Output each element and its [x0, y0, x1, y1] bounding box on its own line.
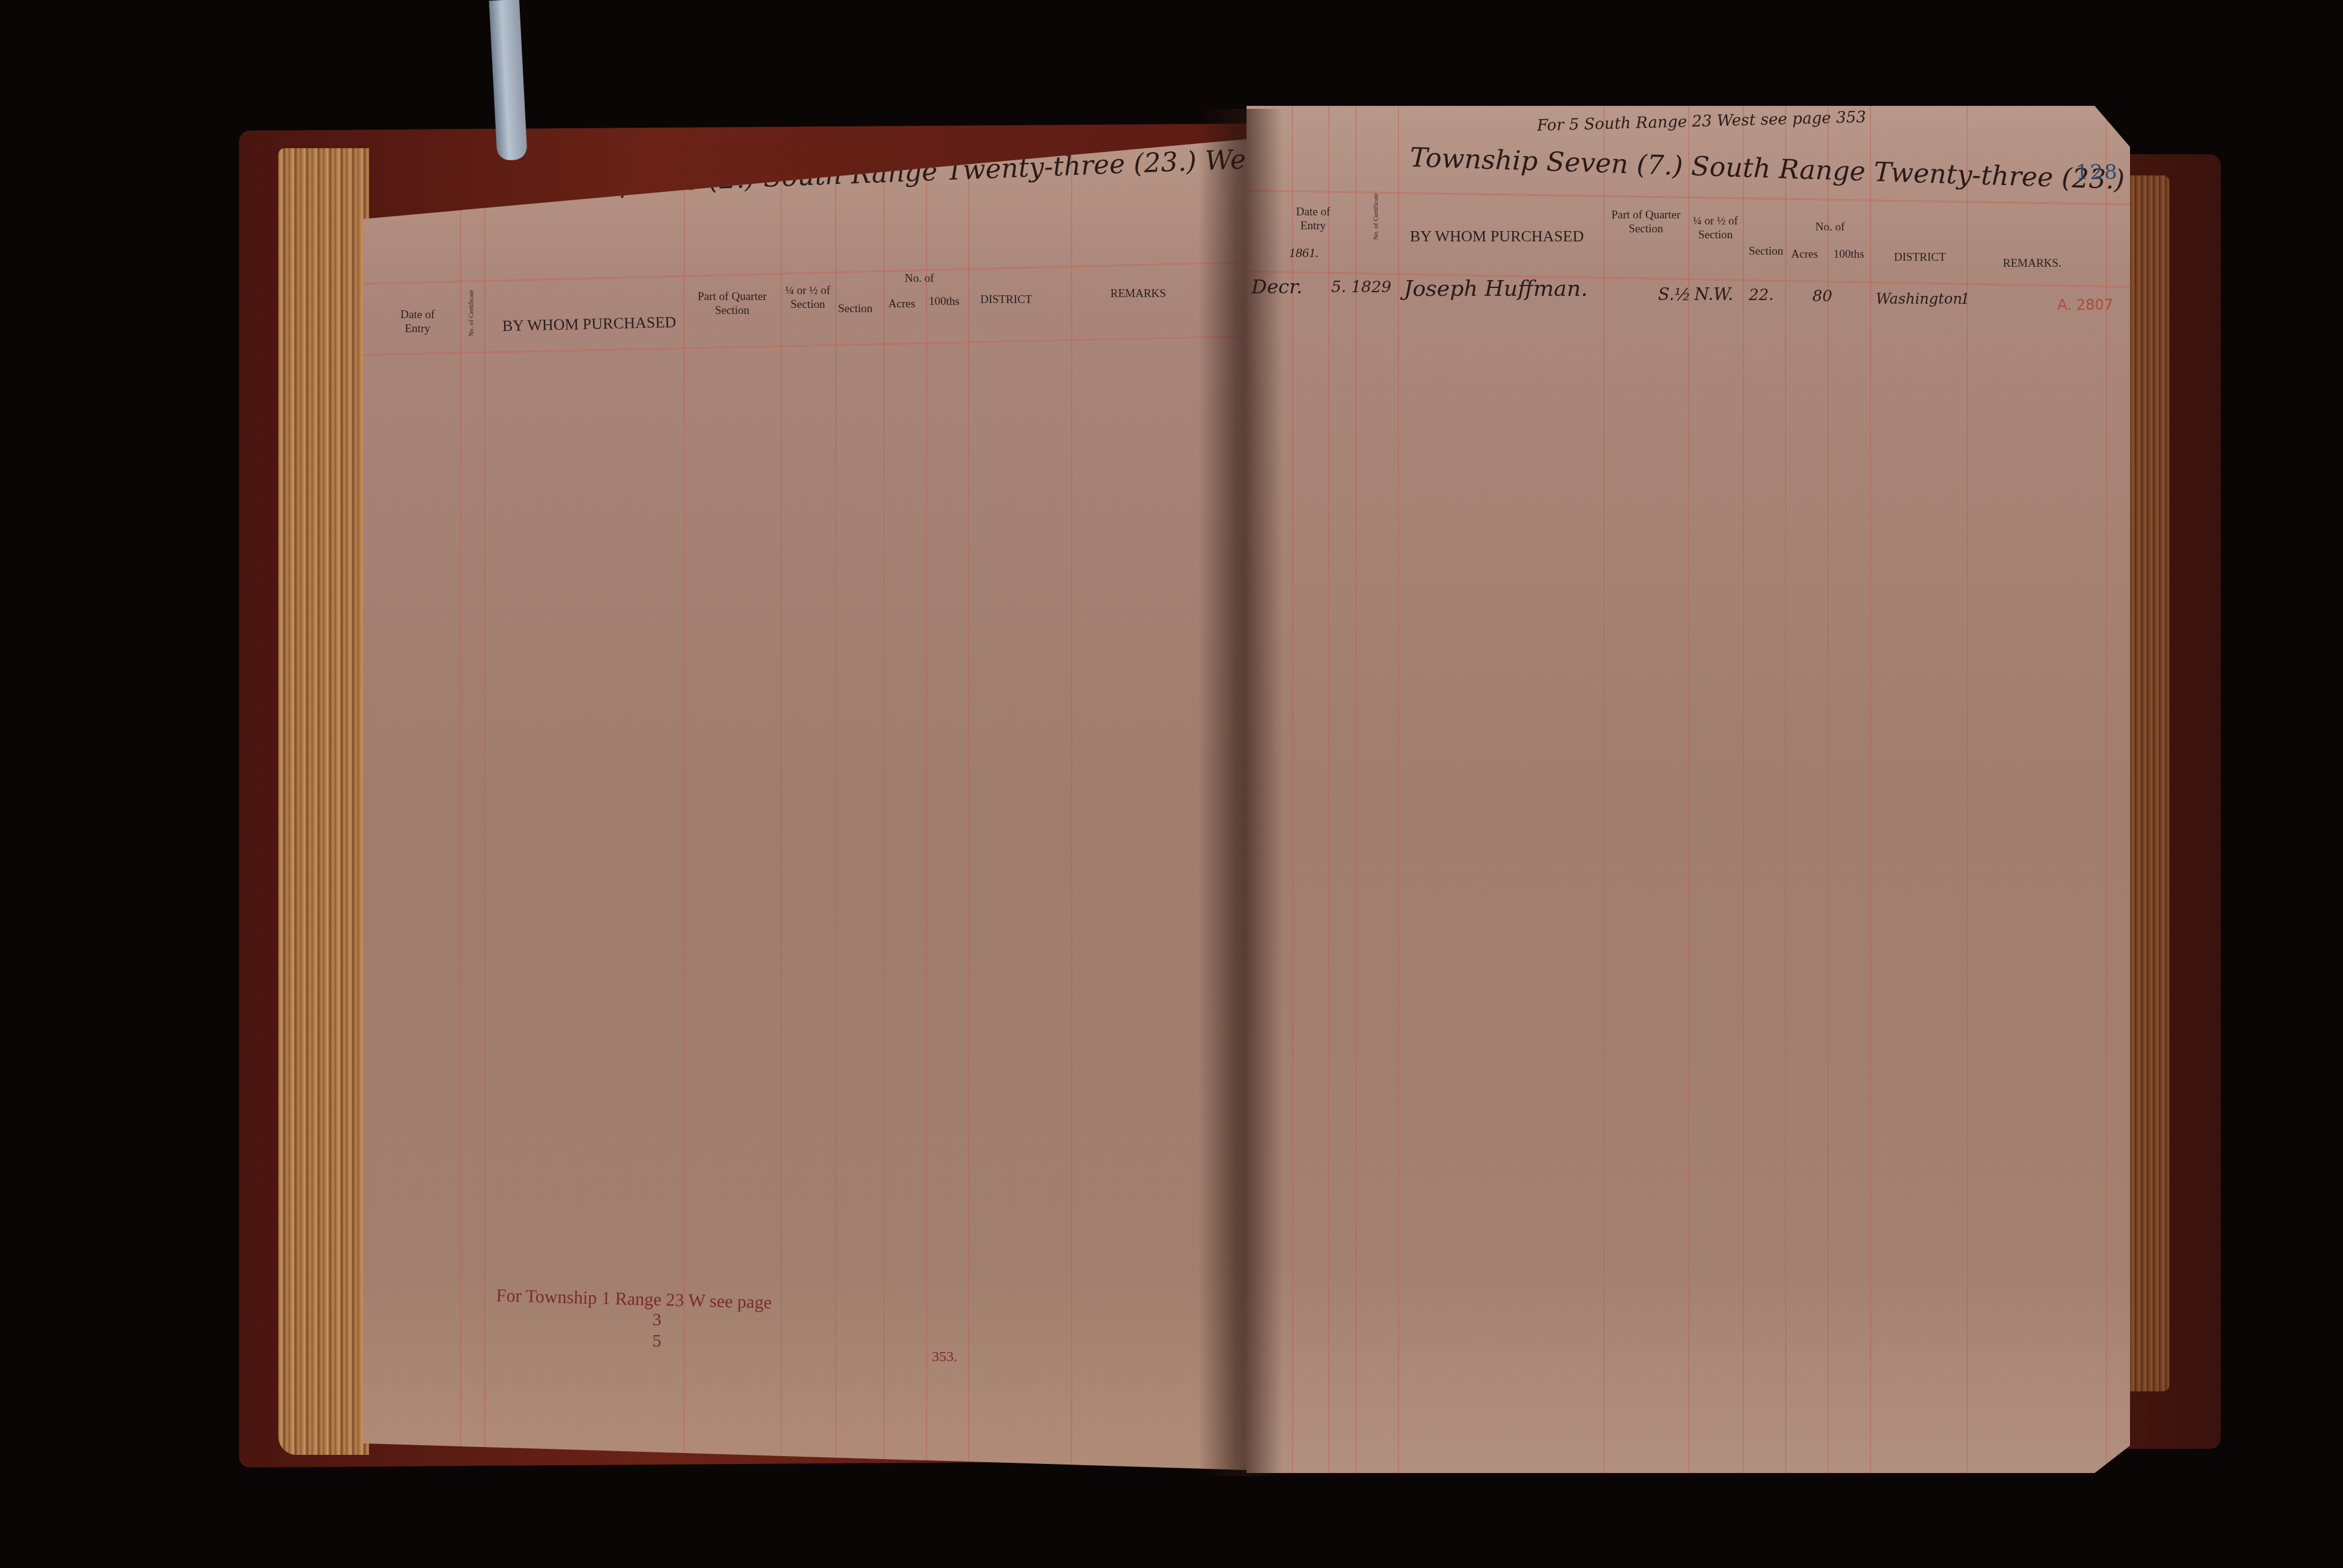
- entry-part-of-quarter: S.½: [1658, 284, 1691, 304]
- header-rule-top: [363, 261, 1247, 285]
- entry-purchaser: Joseph Huffman.: [1404, 276, 1588, 301]
- entry-section: 22.: [1749, 286, 1774, 304]
- header-date-of-entry: Date of Entry: [390, 309, 445, 336]
- header-section: Section: [838, 302, 873, 316]
- header-by-whom-purchased: BY WHOM PURCHASED: [1410, 227, 1584, 246]
- header-date-of-entry: Date of Entry: [1289, 206, 1337, 234]
- entry-district-mark: 1: [1961, 290, 1970, 307]
- entry-acres: 80: [1812, 287, 1832, 305]
- footnote-page-ref: 353.: [932, 1349, 957, 1365]
- entry-remarks: A. 2807: [2057, 296, 2113, 313]
- header-no-of: No. of: [1815, 221, 1845, 235]
- cross-reference-note: For 5 South Range 23 West see page 353: [1537, 108, 1867, 135]
- header-no-of: No. of: [905, 272, 934, 286]
- ledger-page-right: For 5 South Range 23 West see page 353 T…: [1247, 106, 2130, 1473]
- header-by-whom-purchased: BY WHOM PURCHASED: [502, 313, 677, 336]
- header-certificate-no: No. of Certificate: [1372, 204, 1380, 240]
- entry-district: Washington: [1876, 290, 1962, 307]
- header-district: DISTRICT: [1894, 251, 1946, 265]
- header-district: DISTRICT: [980, 293, 1032, 307]
- header-hundredths: 100ths: [929, 295, 960, 309]
- header-section: Section: [1749, 245, 1783, 259]
- header-certificate-no: No. of Certificate: [468, 301, 476, 337]
- header-acres: Acres: [888, 298, 915, 312]
- ledger-page-left: 127 Township Two (2.) South Range Twenty…: [363, 139, 1247, 1470]
- header-part-of-quarter-section: Part of Quarter Section: [687, 290, 778, 318]
- year-note: 1861.: [1289, 245, 1319, 261]
- footnote-township-3: 3: [652, 1310, 661, 1330]
- township-title-right: Township Seven (7.) South Range Twenty-t…: [1409, 142, 2130, 198]
- page-number-right: 128: [2076, 160, 2119, 185]
- entry-day-year: 5. 1829: [1331, 278, 1391, 296]
- page-edges-right: [2124, 175, 2169, 1391]
- header-remarks: REMARKS.: [2003, 257, 2062, 271]
- book-gutter: [1198, 109, 1283, 1476]
- header-quarter-or-half: ¼ or ½ of Section: [1691, 215, 1740, 243]
- header-acres: Acres: [1791, 248, 1818, 262]
- entry-quarter-or-half: N.W.: [1694, 284, 1733, 304]
- header-quarter-or-half: ¼ or ½ of Section: [784, 284, 832, 312]
- page-edges-left: [278, 148, 369, 1455]
- header-part-of-quarter-section: Part of Quarter Section: [1607, 209, 1685, 237]
- footnote-township-reference: For Township 1 Range 23 W see page: [496, 1285, 772, 1313]
- footnote-township-5: 5: [652, 1331, 661, 1351]
- header-rule-bottom: [363, 336, 1247, 356]
- header-remarks: REMARKS: [1110, 287, 1166, 301]
- header-hundredths: 100ths: [1833, 248, 1864, 262]
